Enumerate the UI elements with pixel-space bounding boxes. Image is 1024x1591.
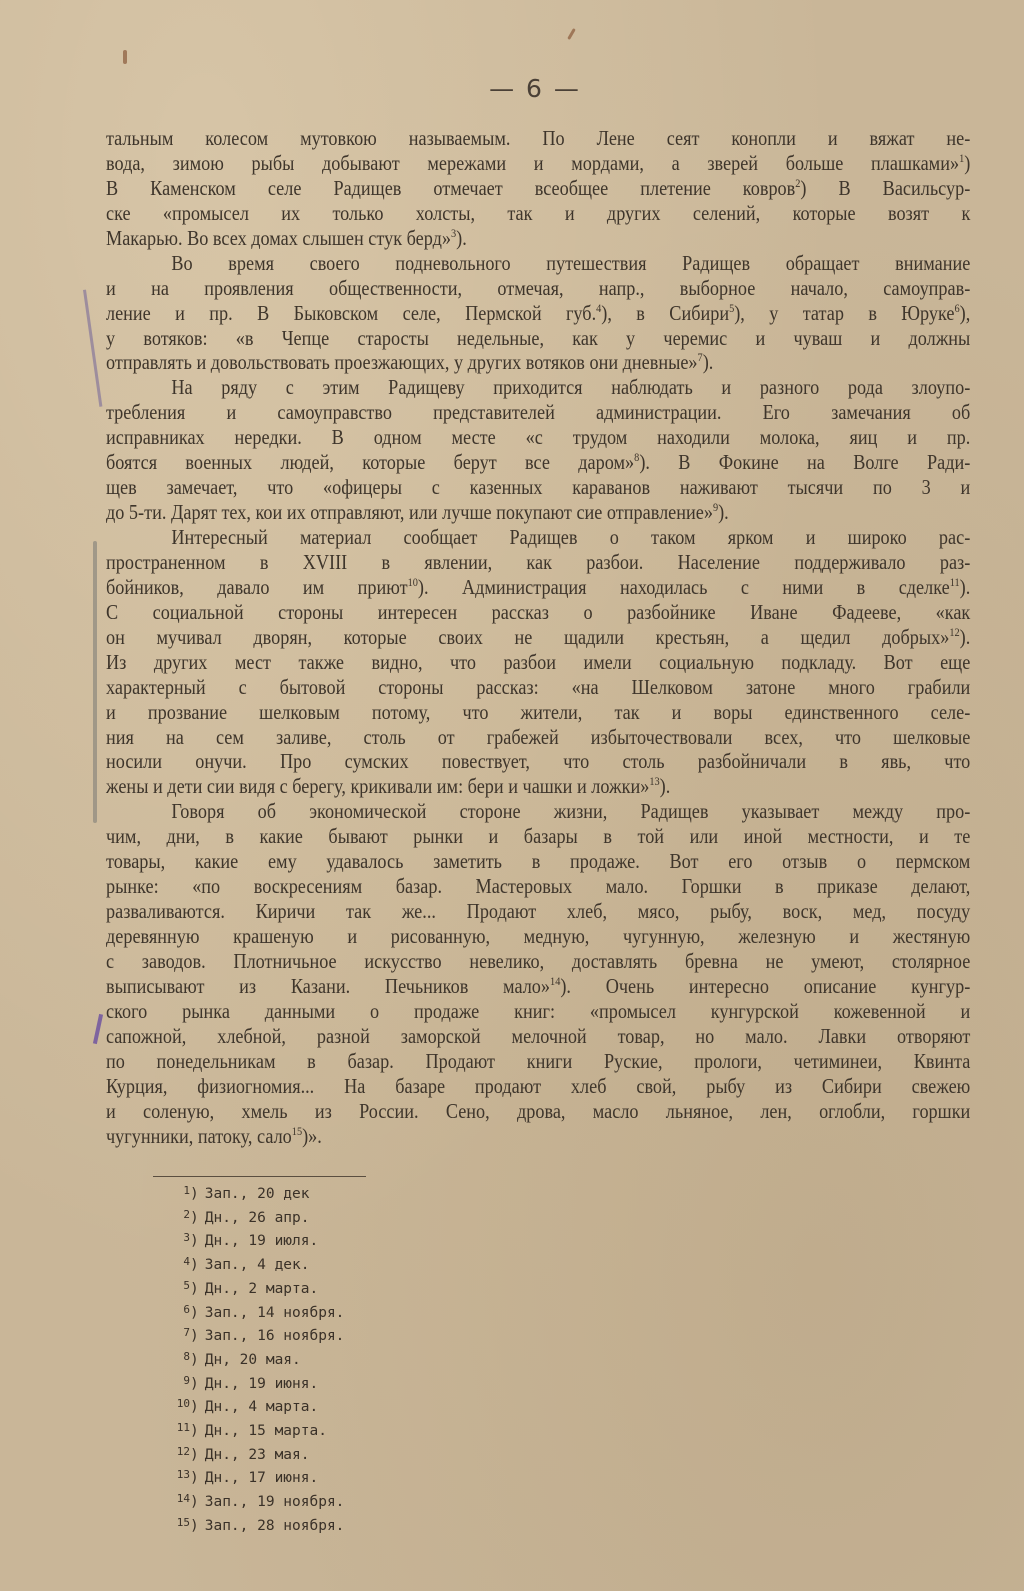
paragraph-start: Говоря об экономической стороне жизни, Р… [106,799,970,824]
margin-pen-mark [83,290,102,407]
text-line: он мучивал дворян, которые своих не щади… [106,625,970,650]
text-line: чугунники, патоку, сало15)». [106,1124,970,1149]
footnote: 7)Зап., 16 ноября. [168,1323,344,1347]
text-line: щев замечает, что «офицеры с казенных ка… [106,475,970,500]
text-line: и соленую, хмель из России. Сено, дрова,… [106,1099,970,1124]
text-line: у вотяков: «в Чепце старосты недельные, … [106,326,970,351]
text-line: ния на сем заливе, столь от грабежей изб… [106,725,970,750]
text-line: и прозвание шелковым потому, что жители,… [106,700,970,725]
text-line: Курция, физиогномия... На базаре продают… [106,1074,970,1099]
paper-speck [567,28,576,40]
footnote: 8)Дн, 20 мая. [168,1347,344,1371]
text-line: требления и самоуправство представителей… [106,400,970,425]
margin-pencil-line [93,541,97,823]
text-line: бойников, давало им приют10). Администра… [106,575,970,600]
text-line: товары, какие ему удавалось заметить в п… [106,849,970,874]
body-text: тальным колесом мутовкою называемым. По … [106,126,970,1148]
text-line: исправниках нередки. В одном месте «с тр… [106,425,970,450]
text-line: чим, дни, в какие бывают рынки и базары … [106,824,970,849]
footnote: 4)Зап., 4 дек. [168,1252,344,1276]
paragraph-start: Во время своего подневольного путешестви… [106,251,970,276]
text-line: выписывают из Казани. Печьников мало»14)… [106,974,970,999]
paragraph-start: На ряду с этим Радищеву приходится наблю… [106,375,970,400]
footnote: 2)Дн., 26 апр. [168,1205,344,1229]
text-line: с заводов. Плотничьное искусство невелик… [106,949,970,974]
text-line: деревянную крашеную и рисованную, медную… [106,924,970,949]
text-line: ление и пр. В Быковском селе, Пермской г… [106,301,970,326]
footnote: 15)Зап., 28 ноября. [168,1513,344,1537]
text-line: жены и дети сии видя с берегу, крикивали… [106,774,970,799]
text-line: по понедельникам в базар. Продают книги … [106,1049,970,1074]
text-line: и на проявления общественности, отмечая,… [106,276,970,301]
footnote: 5)Дн., 2 марта. [168,1276,344,1300]
footnote-divider [153,1176,366,1177]
footnote: 1)Зап., 20 дек [168,1181,344,1205]
footnote: 6)Зап., 14 ноября. [168,1300,344,1324]
text-line: разваливаются. Киричи так же... Продают … [106,899,970,924]
text-line: до 5-ти. Дарят тех, кои их отправляют, и… [106,500,970,525]
text-line: носили онучи. Про сумских повествует, чт… [106,749,970,774]
margin-check-mark [93,1014,103,1044]
text-line: вода, зимою рыбы добывают мережами и мор… [106,151,970,176]
text-line: С социальной стороны интересен рассказ о… [106,600,970,625]
text-line: Макарью. Во всех домах слышен стук берд»… [106,226,970,251]
footnote: 3)Дн., 19 июля. [168,1228,344,1252]
document-page: — 6 — тальным колесом мутовкою называемы… [0,0,1024,1591]
footnotes-list: 1)Зап., 20 дек 2)Дн., 26 апр. 3)Дн., 19 … [168,1181,344,1537]
footnote: 12)Дн., 23 мая. [168,1442,344,1466]
paragraph-start: Интересный материал сообщает Радищев о т… [106,525,970,550]
text-line: ске «промысел их только холсты, так и др… [106,201,970,226]
footnote: 10)Дн., 4 марта. [168,1394,344,1418]
text-line: боятся военных людей, которые берут все … [106,450,970,475]
paper-speck [123,50,127,64]
text-line: рынке: «по воскресениям базар. Мастеровы… [106,874,970,899]
footnote: 14)Зап., 19 ноября. [168,1489,344,1513]
footnote: 11)Дн., 15 марта. [168,1418,344,1442]
text-line: сапожной, хлебной, разной заморской мело… [106,1024,970,1049]
page-number: — 6 — [0,74,1024,103]
text-line: отправлять и довольствовать проезжающих,… [106,350,970,375]
text-line: Из других мест также видно, что разбои и… [106,650,970,675]
text-line: ского рынка данными о продаже книг: «про… [106,999,970,1024]
footnote: 13)Дн., 17 июня. [168,1465,344,1489]
text-line: характерный с бытовой стороны рассказ: «… [106,675,970,700]
text-line: пространенном в XVIII в явлении, как раз… [106,550,970,575]
text-line: тальным колесом мутовкою называемым. По … [106,126,970,151]
text-line: В Каменском селе Радищев отмечает всеобщ… [106,176,970,201]
footnote: 9)Дн., 19 июня. [168,1371,344,1395]
